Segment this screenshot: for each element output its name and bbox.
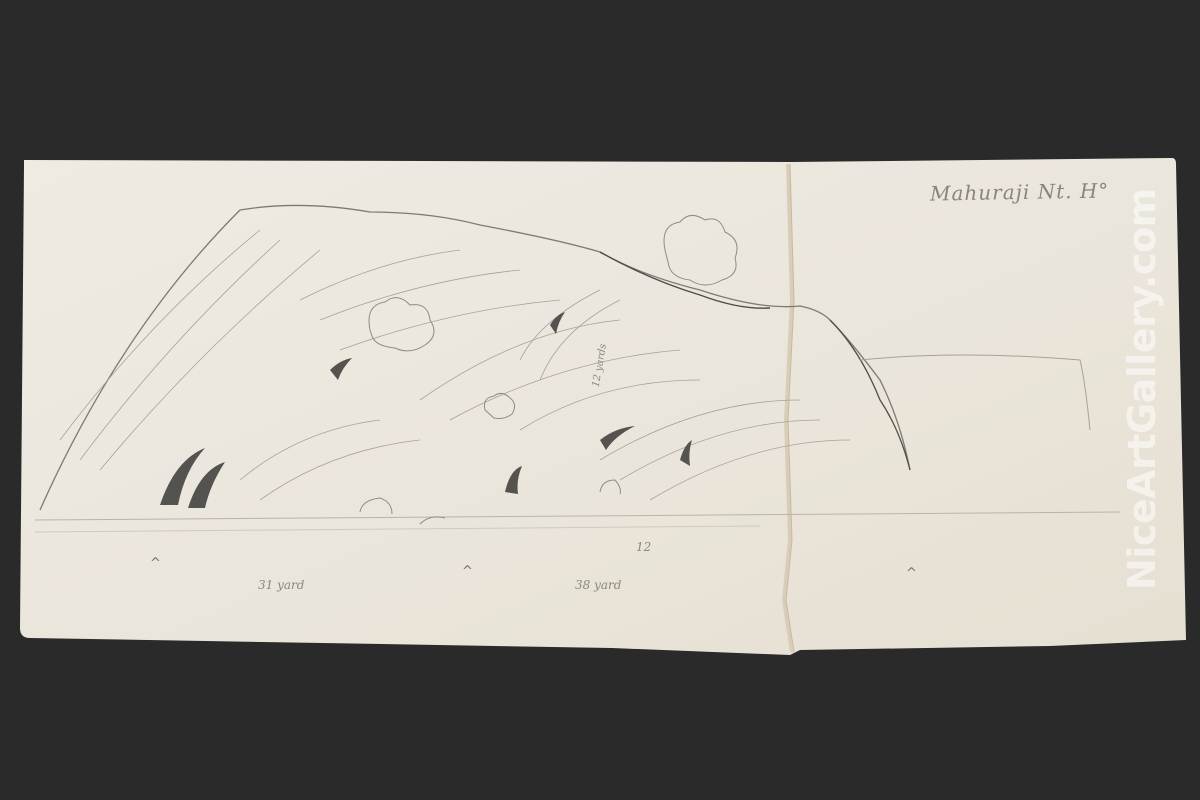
caret-mark-2: ^: [462, 564, 473, 579]
watermark-text: NiceArtGallery.com: [1120, 188, 1164, 590]
marginal-number-note: 12: [636, 540, 651, 554]
caret-mark-3: ^: [906, 566, 917, 581]
distance-note-31: 31 yard: [258, 578, 304, 592]
sketch-paper: [0, 0, 1200, 800]
inscription-text: Mahuraji Nt. H°: [930, 178, 1110, 205]
distance-note-38: 38 yard: [575, 578, 621, 592]
caret-mark-1: ^: [150, 556, 161, 571]
artwork-stage: Mahuraji Nt. H° 31 yard 38 yard 12 12 ya…: [0, 0, 1200, 800]
